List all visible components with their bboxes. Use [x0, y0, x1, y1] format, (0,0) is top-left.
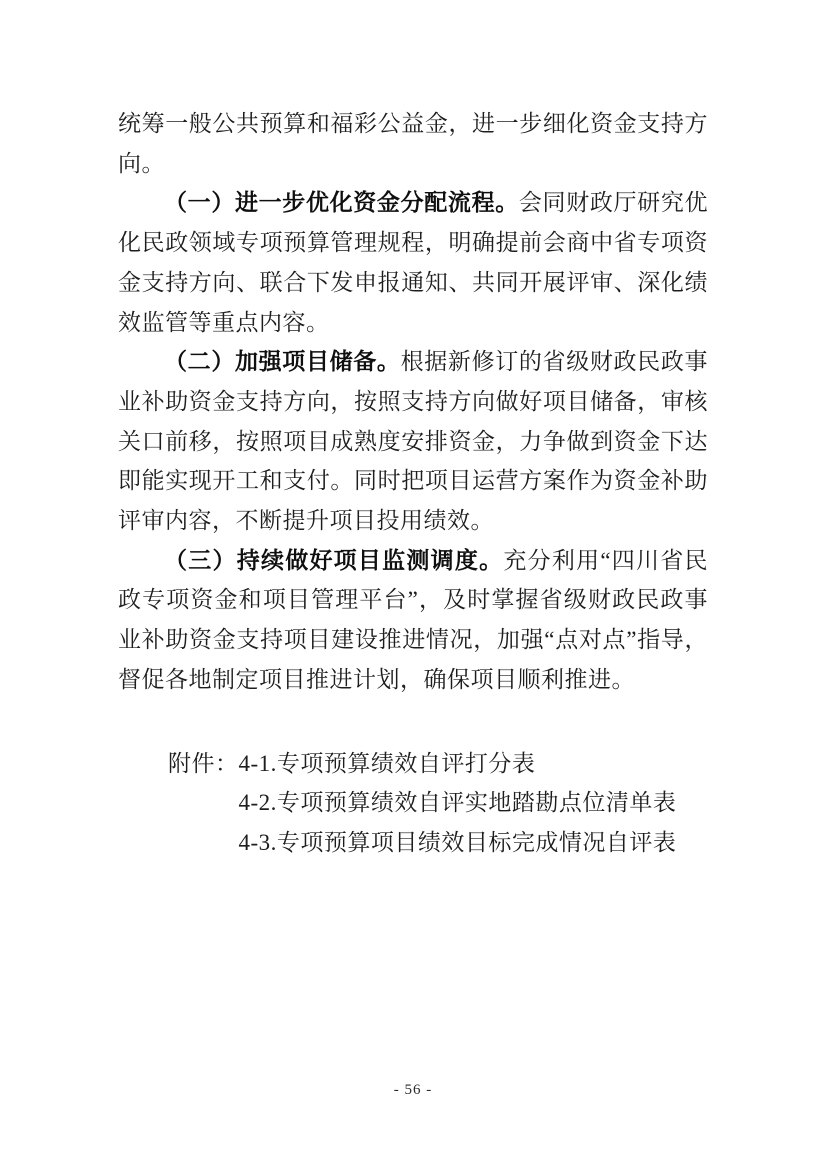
section-1-heading: （一）进一步优化资金分配流程。	[164, 190, 519, 215]
section-paragraph-1: （一）进一步优化资金分配流程。会同财政厅研究优化民政领域专项预算管理规程，明确提…	[118, 183, 708, 342]
attachments-label: 附件：	[168, 744, 239, 784]
attachment-row: 附件： 4-1.专项预算绩效自评打分表	[118, 744, 708, 784]
section-paragraph-2: （二）加强项目储备。根据新修订的省级财政民政事业补助资金支持方向，按照支持方向做…	[118, 342, 708, 541]
paragraph-continuation: 统筹一般公共预算和福彩公益金，进一步细化资金支持方向。	[118, 104, 708, 183]
attachment-row: 附件： 4-3.专项预算项目绩效目标完成情况自评表	[118, 823, 708, 863]
attachment-item-3: 4-3.专项预算项目绩效目标完成情况自评表	[239, 823, 677, 863]
page-number: - 56 -	[0, 1080, 826, 1100]
attachment-item-2: 4-2.专项预算绩效自评实地踏勘点位清单表	[239, 783, 677, 823]
document-body: 统筹一般公共预算和福彩公益金，进一步细化资金支持方向。 （一）进一步优化资金分配…	[118, 104, 708, 863]
document-page: 统筹一般公共预算和福彩公益金，进一步细化资金支持方向。 （一）进一步优化资金分配…	[0, 0, 826, 1169]
section-2-heading: （二）加强项目储备。	[164, 349, 401, 374]
attachment-item-1: 4-1.专项预算绩效自评打分表	[239, 744, 536, 784]
section-3-heading: （三）持续做好项目监测调度。	[164, 548, 503, 573]
section-paragraph-3: （三）持续做好项目监测调度。充分利用“四川省民政专项资金和项目管理平台”，及时掌…	[118, 541, 708, 700]
section-2-text: 根据新修订的省级财政民政事业补助资金支持方向，按照支持方向做好项目储备，审核关口…	[118, 349, 708, 533]
attachments-block: 附件： 4-1.专项预算绩效自评打分表 附件： 4-2.专项预算绩效自评实地踏勘…	[118, 744, 708, 863]
attachment-row: 附件： 4-2.专项预算绩效自评实地踏勘点位清单表	[118, 783, 708, 823]
